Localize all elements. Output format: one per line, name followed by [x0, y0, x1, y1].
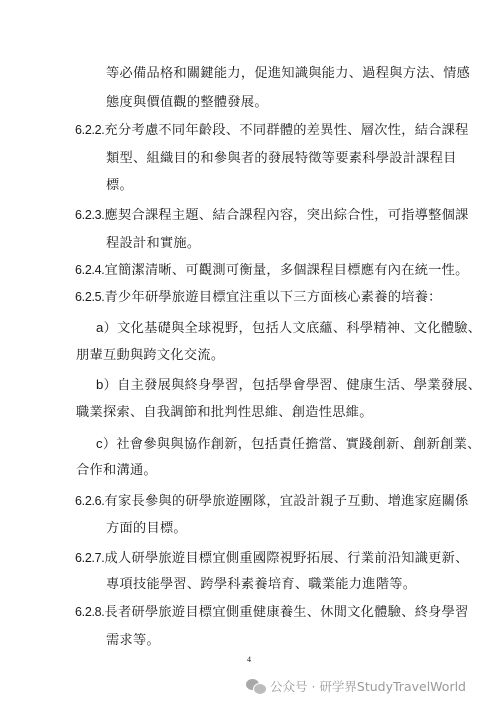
text-line: 方面的目標。	[106, 521, 187, 537]
numbered-clause: 6.2.5.青少年研學旅遊目標宜注重以下三方面核心素養的培養：	[75, 289, 442, 306]
sub-item: a）文化基礎與全球視野，包括人文底蘊、科學精神、文化體驗、	[96, 320, 481, 337]
line-text: 青少年研學旅遊目標宜注重以下三方面核心素養的培養：	[104, 290, 441, 305]
line-text: 方面的目標。	[106, 521, 187, 536]
line-text: 應契合課程主題、結合課程內容，突出綜合性，可指導整個課	[104, 208, 468, 223]
line-text: 態度與價值觀的整體發展。	[106, 95, 268, 110]
text-line: 等必備品格和關鍵能力，促進知識與能力、過程與方法、情感	[106, 66, 470, 82]
page-number: 4	[247, 655, 251, 664]
numbered-clause: 6.2.6.有家長參與的研學旅遊團隊，宜設計親子互動、增進家庭關係	[75, 493, 469, 510]
watermark-text: 公众号 · 研学界StudyTravelWorld	[270, 677, 466, 695]
line-text: 合作和溝通。	[76, 463, 157, 478]
line-text: 職業探索、自我調節和批判性思維、創造性思維。	[76, 405, 373, 420]
text-line: 朋輩互動與跨文化交流。	[76, 348, 224, 364]
text-line: 職業探索、自我調節和批判性思維、創造性思維。	[76, 405, 373, 421]
line-text: 成人研學旅遊目標宜側重國際視野拓展、行業前沿知識更新、	[104, 551, 468, 566]
clause-number: 6.2.3.	[75, 208, 104, 222]
line-text: 標。	[106, 178, 133, 193]
line-text: 有家長參與的研學旅遊團隊，宜設計親子互動、增進家庭關係	[104, 494, 468, 509]
numbered-clause: 6.2.8.長者研學旅遊目標宜側重健康養生、休閒文化體驗、終身學習	[75, 604, 469, 621]
document-page: 等必備品格和關鍵能力，促進知識與能力、過程與方法、情感態度與價值觀的整體發展。6…	[0, 0, 500, 706]
text-line: 專項技能學習、跨學科素養培育、職業能力進階等。	[106, 577, 416, 593]
numbered-clause: 6.2.4.宜簡潔清晰、可觀測可衡量，多個課程目標應有內在統一性。	[75, 262, 469, 279]
item-marker: c）	[96, 436, 116, 451]
clause-number: 6.2.2.	[75, 123, 104, 137]
wechat-icon	[246, 678, 266, 694]
numbered-clause: 6.2.2.充分考慮不同年齡段、不同群體的差異性、層次性，結合課程	[75, 122, 469, 139]
sub-item: b）自主發展與終身學習，包括學會學習、健康生活、學業發展、	[96, 377, 481, 394]
line-text: 社會參與與協作創新，包括責任擔當、實踐創新、創新創業、	[116, 437, 480, 452]
numbered-clause: 6.2.7.成人研學旅遊目標宜側重國際視野拓展、行業前沿知識更新、	[75, 550, 469, 567]
item-marker: a）	[96, 320, 117, 335]
text-line: 程設計和實施。	[106, 236, 200, 252]
line-text: 充分考慮不同年齡段、不同群體的差異性、層次性，結合課程	[104, 123, 468, 138]
line-text: 宜簡潔清晰、可觀測可衡量，多個課程目標應有內在統一性。	[104, 263, 468, 278]
line-text: 等必備品格和關鍵能力，促進知識與能力、過程與方法、情感	[106, 66, 470, 81]
line-text: 長者研學旅遊目標宜側重健康養生、休閒文化體驗、終身學習	[104, 605, 468, 620]
clause-number: 6.2.7.	[75, 551, 104, 565]
clause-number: 6.2.5.	[75, 290, 104, 304]
line-text: 朋輩互動與跨文化交流。	[76, 348, 224, 363]
clause-number: 6.2.4.	[75, 263, 104, 277]
line-text: 自主發展與終身學習，包括學會學習、健康生活、學業發展、	[117, 378, 481, 393]
numbered-clause: 6.2.3.應契合課程主題、結合課程內容，突出綜合性，可指導整個課	[75, 207, 469, 224]
item-marker: b）	[96, 377, 117, 392]
sub-item: c）社會參與與協作創新，包括責任擔當、實踐創新、創新創業、	[96, 436, 481, 453]
text-line: 態度與價值觀的整體發展。	[106, 95, 268, 111]
line-text: 專項技能學習、跨學科素養培育、職業能力進階等。	[106, 577, 416, 592]
line-text: 程設計和實施。	[106, 236, 200, 251]
text-line: 合作和溝通。	[76, 463, 157, 479]
line-text: 類型、組織目的和參與者的發展特徵等要素科學設計課程目	[106, 151, 457, 166]
text-line: 需求等。	[106, 633, 160, 649]
line-text: 文化基礎與全球視野，包括人文底蘊、科學精神、文化體驗、	[117, 321, 481, 336]
watermark: 公众号 · 研学界StudyTravelWorld	[246, 677, 466, 695]
line-text: 需求等。	[106, 633, 160, 648]
text-line: 標。	[106, 178, 133, 194]
clause-number: 6.2.6.	[75, 494, 104, 508]
text-line: 類型、組織目的和參與者的發展特徵等要素科學設計課程目	[106, 151, 457, 167]
clause-number: 6.2.8.	[75, 605, 104, 619]
